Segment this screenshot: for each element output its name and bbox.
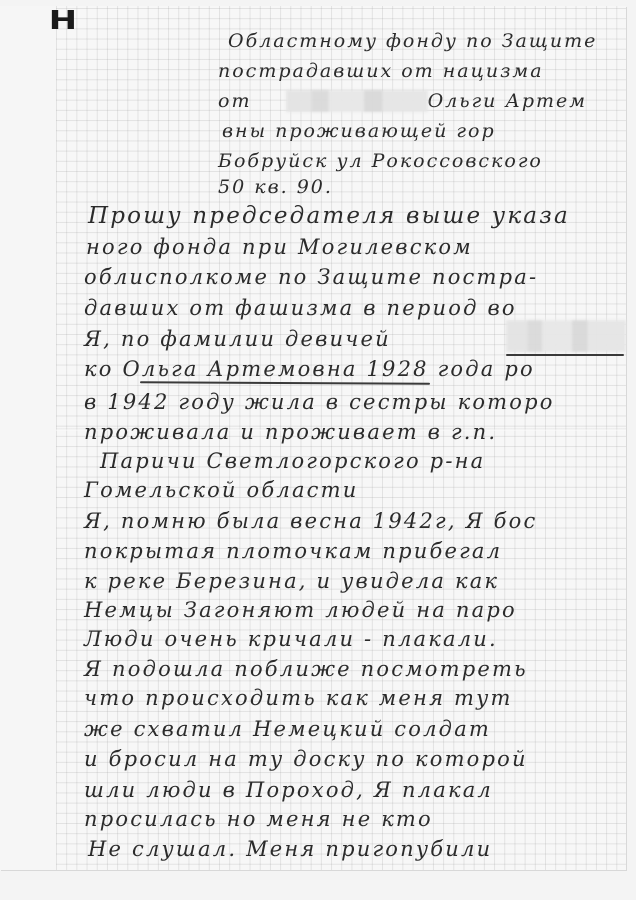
body-line-21: просилась но меня не кто: [84, 807, 433, 831]
body-line-15: Люди очень кричали - плакали.: [84, 627, 498, 651]
body-line-6: ко Ольга Артемовна 1928 года ро: [84, 357, 535, 381]
addressee-line-6: 50 кв. 90.: [218, 176, 333, 198]
addressee-line-4: вны проживающей гор: [222, 120, 496, 142]
corner-mark: Н: [49, 6, 77, 36]
body-line-5: Я, по фамилии девичей: [84, 327, 391, 351]
body-line-16: Я подошла поближе посмотреть: [84, 657, 528, 681]
body-line-10: Гомельской области: [84, 478, 359, 502]
addressee-line-1: Областному фонду по Защите: [228, 30, 597, 52]
body-line-8: проживала и проживает в г.п.: [84, 420, 497, 444]
body-line-9: Паричи Светлогорского р-на: [100, 449, 485, 473]
addressee-line-3-name: Ольги Артем: [428, 90, 587, 112]
redacted-surname-header: [286, 90, 428, 112]
body-line-13: к реке Березина, и увидела как: [84, 569, 499, 593]
redacted-maiden-name: [506, 320, 626, 352]
body-line-18: же схватил Немецкий солдат: [84, 717, 491, 741]
body-line-7: в 1942 году жила в сестры которо: [84, 390, 555, 414]
body-line-20: шли люди в Пороход, Я плакал: [84, 778, 493, 802]
body-line-3: облисполкоме по Защите постра-: [84, 265, 538, 289]
body-line-11: Я, помню была весна 1942г, Я бос: [84, 509, 537, 533]
addressee-line-2: пострадавших от нацизма: [218, 60, 544, 82]
body-line-19: и бросил на ту доску по которой: [84, 747, 528, 771]
addressee-line-3-prefix: от: [218, 90, 251, 112]
body-line-4: давших от фашизма в период во: [84, 296, 517, 320]
left-margin: [0, 6, 56, 870]
body-line-14: Немцы Загоняют людей на паро: [84, 598, 517, 622]
body-line-12: покрытая плоточкам прибегал: [84, 539, 502, 563]
body-line-22: Не слушал. Меня пригопубили: [88, 837, 492, 861]
maiden-name-underline: [506, 354, 624, 356]
addressee-line-5: Бобруйск ул Рокоссовского: [218, 150, 543, 172]
body-line-17: что происходить как меня тут: [84, 686, 513, 710]
body-line-2: ного фонда при Могилевском: [86, 235, 473, 259]
body-line-1: Прошу председателя выше указа: [88, 203, 570, 229]
